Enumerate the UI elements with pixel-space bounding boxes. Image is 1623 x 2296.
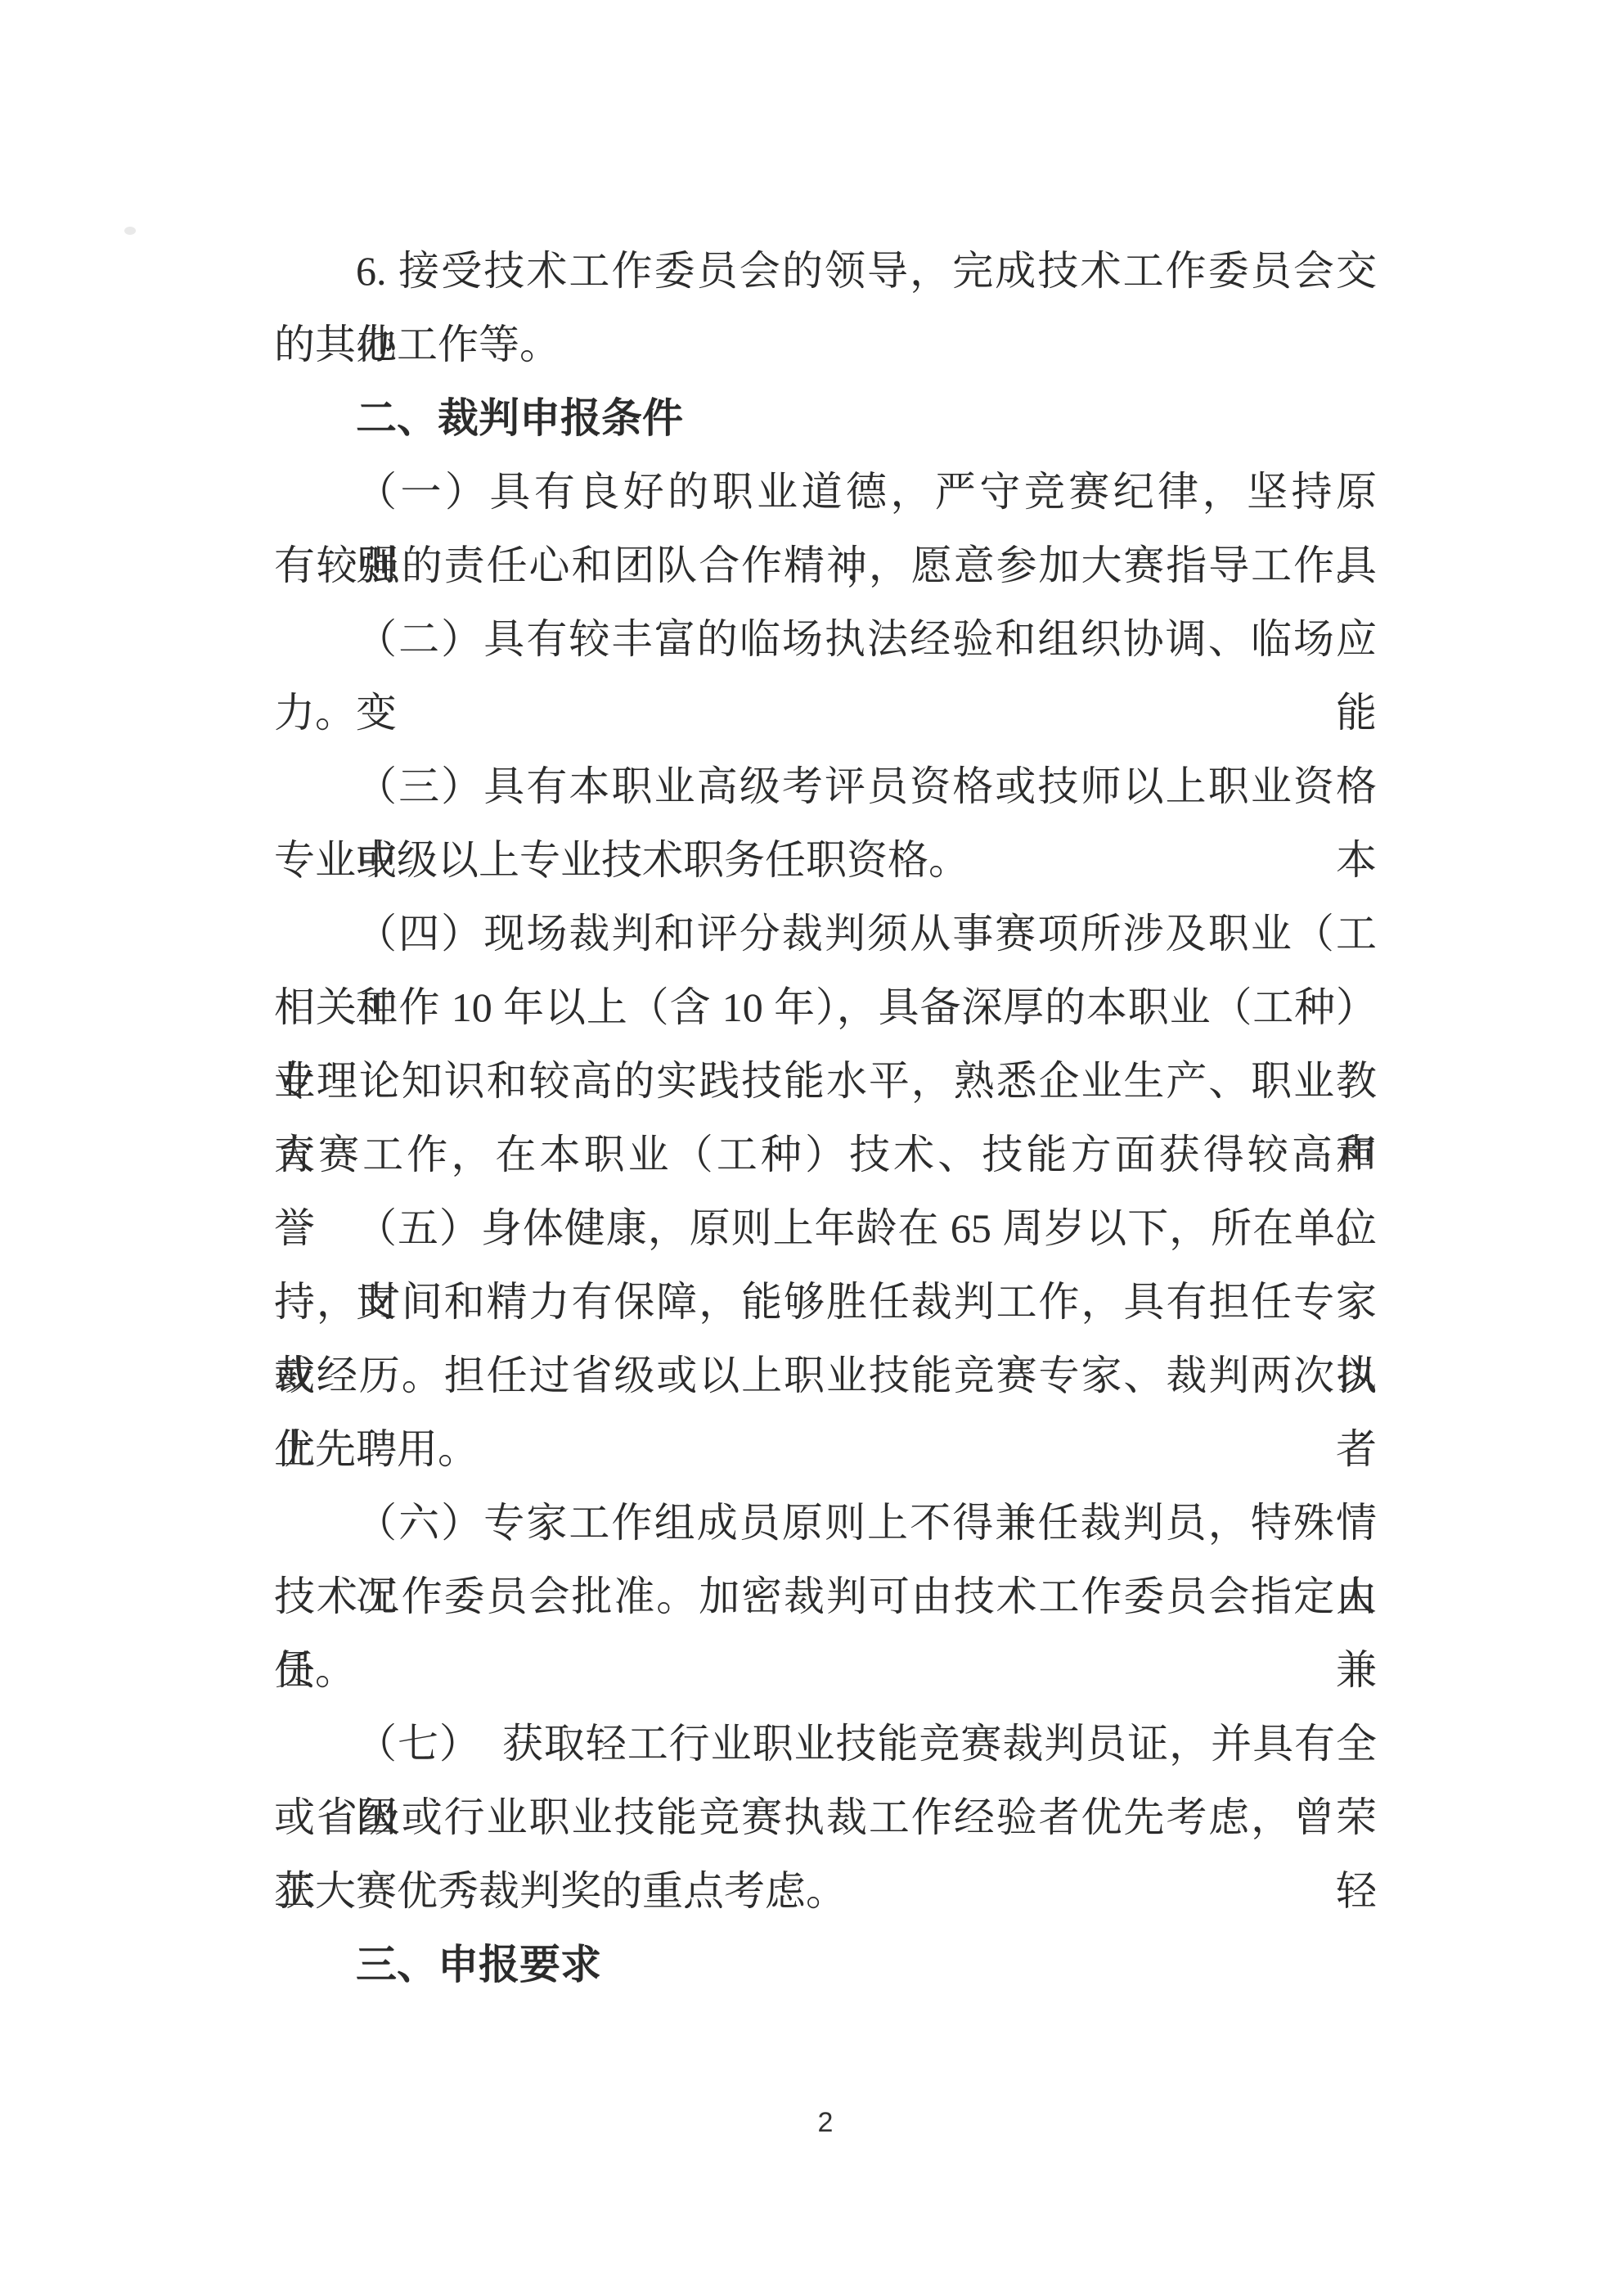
body-line: （二）具有较丰富的临场执法经验和组织协调、临场应变能 — [274, 602, 1377, 676]
body-line: （三）具有本职业高级考评员资格或技师以上职业资格或本 — [274, 750, 1377, 823]
scanned-document-page: 6. 接受技术工作委员会的领导，完成技术工作委员会交办 的其他工作等。 二、裁判… — [0, 0, 1623, 2296]
body-line: 的其他工作等。 — [274, 308, 1377, 381]
section-heading-3: 三、申报要求 — [274, 1928, 1377, 2001]
body-line: 业理论知识和较高的实践技能水平，熟悉企业生产、职业教育和 — [274, 1044, 1377, 1118]
body-line: 大赛工作，在本职业（工种）技术、技能方面获得较高声誉。 — [274, 1118, 1377, 1191]
body-line: （四）现场裁判和评分裁判须从事赛项所涉及职业（工种） — [274, 897, 1377, 970]
page-number: 2 — [274, 2105, 1377, 2141]
body-line: 技术工作委员会批准。加密裁判可由技术工作委员会指定人员兼 — [274, 1560, 1377, 1633]
body-line: 或省级或行业职业技能竞赛执裁工作经验者优先考虑，曾荣获轻 — [274, 1781, 1377, 1854]
body-line: 6. 接受技术工作委员会的领导，完成技术工作委员会交办 — [274, 234, 1377, 308]
body-line: 相关工作 10 年以上（含 10 年），具备深厚的本职业（工种）专 — [274, 970, 1377, 1044]
document-content: 6. 接受技术工作委员会的领导，完成技术工作委员会交办 的其他工作等。 二、裁判… — [274, 234, 1377, 2001]
body-line: （七） 获取轻工行业职业技能竞赛裁判员证，并具有全国 — [274, 1707, 1377, 1781]
body-line: （一）具有良好的职业道德，严守竞赛纪律，坚持原则，具 — [274, 455, 1377, 529]
body-line: 持，时间和精力有保障，能够胜任裁判工作，具有担任专家或执 — [274, 1265, 1377, 1339]
body-line: 有较强的责任心和团队合作精神，愿意参加大赛指导工作。 — [274, 529, 1377, 602]
body-line: （六）专家工作组成员原则上不得兼任裁判员，特殊情况由 — [274, 1486, 1377, 1560]
scan-artifact — [124, 227, 136, 235]
section-heading-2: 二、裁判申报条件 — [274, 381, 1377, 455]
body-line: （五）身体健康，原则上年龄在 65 周岁以下，所在单位支 — [274, 1191, 1377, 1265]
body-line: 裁经历。担任过省级或以上职业技能竞赛专家、裁判两次以上者 — [274, 1339, 1377, 1412]
